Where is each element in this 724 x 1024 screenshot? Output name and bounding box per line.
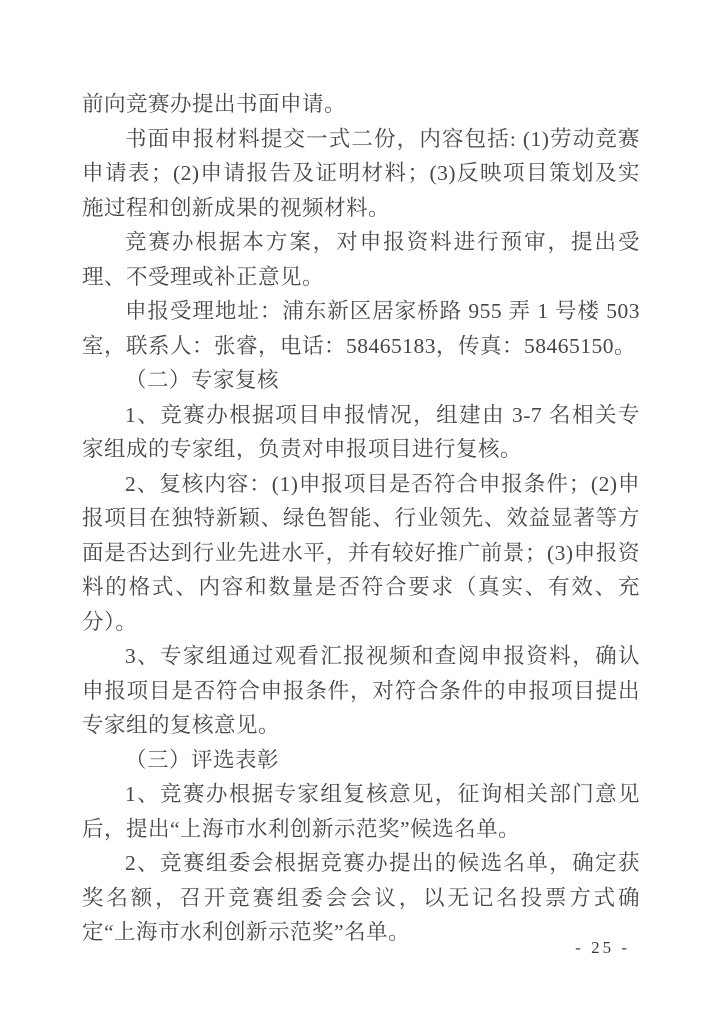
- paragraph-expert-group-formation: 1、竞赛办根据项目申报情况，组建由 3-7 名相关专家组成的专家组，负责对申报项…: [82, 398, 640, 467]
- paragraph-candidate-list: 1、竞赛办根据专家组复核意见，征询相关部门意见后，提出“上海市水利创新示范奖”候…: [82, 777, 640, 846]
- section-heading-selection-commendation: （三）评选表彰: [82, 743, 640, 778]
- paragraph-final-award-list: 2、竞赛组委会根据竞赛办提出的候选名单，确定获奖名额，召开竞赛组委会会议，以无记…: [82, 846, 640, 950]
- section-heading-expert-review: （二）专家复核: [82, 363, 640, 398]
- page-number: - 25 -: [575, 938, 630, 958]
- document-body: 前向竞赛办提出书面申请。 书面申报材料提交一式二份，内容包括: (1)劳动竞赛申…: [82, 87, 640, 950]
- paragraph-acceptance-address-contact: 申报受理地址：浦东新区居家桥路 955 弄 1 号楼 503 室，联系人：张睿，…: [82, 294, 640, 363]
- document-page: 前向竞赛办提出书面申请。 书面申报材料提交一式二份，内容包括: (1)劳动竞赛申…: [0, 0, 724, 1024]
- paragraph-written-application-continuation: 前向竞赛办提出书面申请。: [82, 87, 640, 122]
- paragraph-pre-review: 竞赛办根据本方案，对申报资料进行预审，提出受理、不受理或补正意见。: [82, 225, 640, 294]
- paragraph-submission-materials: 书面申报材料提交一式二份，内容包括: (1)劳动竞赛申请表；(2)申请报告及证明…: [82, 122, 640, 226]
- paragraph-review-content: 2、复核内容：(1)申报项目是否符合申报条件；(2)申报项目在独特新颖、绿色智能…: [82, 467, 640, 640]
- paragraph-expert-group-review-opinion: 3、专家组通过观看汇报视频和查阅申报资料，确认申报项目是否符合申报条件，对符合条…: [82, 639, 640, 743]
